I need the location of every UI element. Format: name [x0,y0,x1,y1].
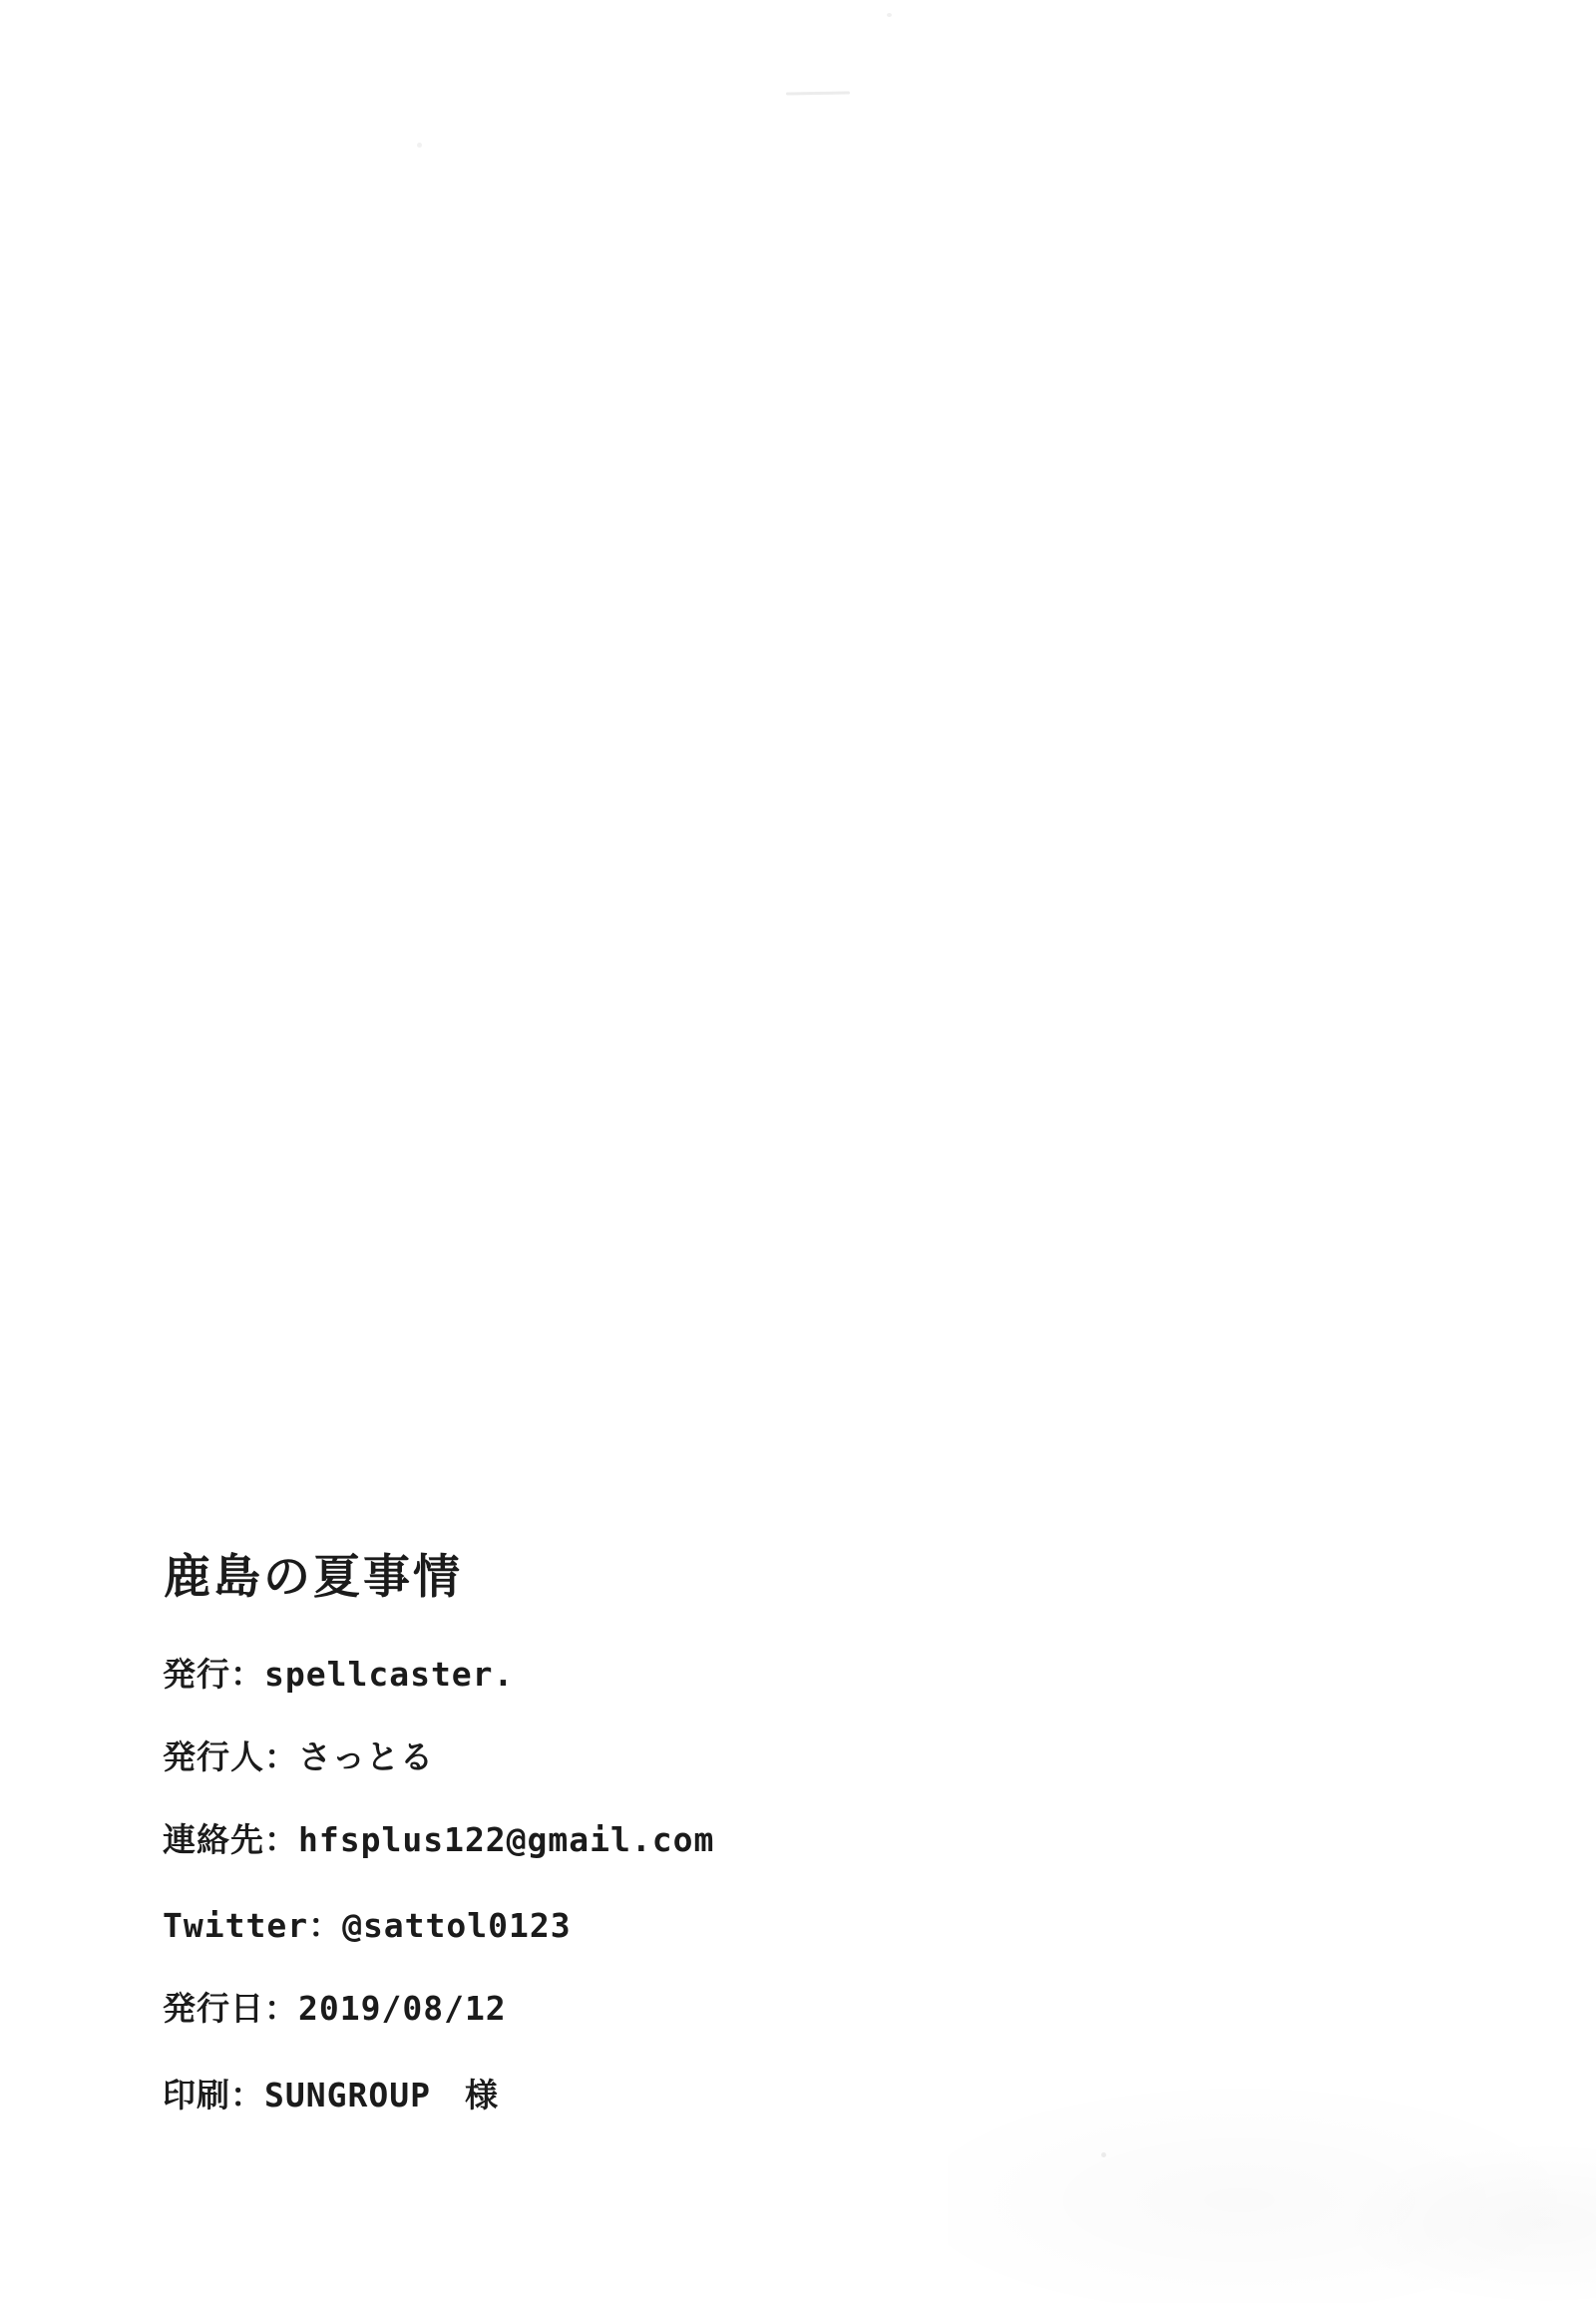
scan-speckle [1347,2144,1596,2303]
scan-dot [887,13,892,17]
colophon-line-publish-date: 発行日：2019/08/12 [163,1990,507,2028]
colophon-title: 鹿島の夏事情 [164,1552,463,1604]
scanned-page: 鹿島の夏事情 発行：spellcaster. 発行人：さっとる 連絡先：hfsp… [0,0,1596,2303]
colophon-line-contact-email: 連絡先：hfsplus122@gmail.com [163,1821,714,1859]
colophon-line-publisher-circle: 発行：spellcaster. [163,1656,514,1694]
scan-dot [1101,2152,1106,2157]
colophon-line-printer: 印刷：SUNGROUP 様 [163,2077,499,2114]
colophon-line-twitter-handle: Twitter：@sattol0123 [163,1907,572,1945]
colophon-line-publisher-person: 発行人：さっとる [163,1738,434,1776]
scan-smudge [786,91,850,95]
scan-speckle [948,2075,1596,2303]
scan-dot [417,143,422,148]
